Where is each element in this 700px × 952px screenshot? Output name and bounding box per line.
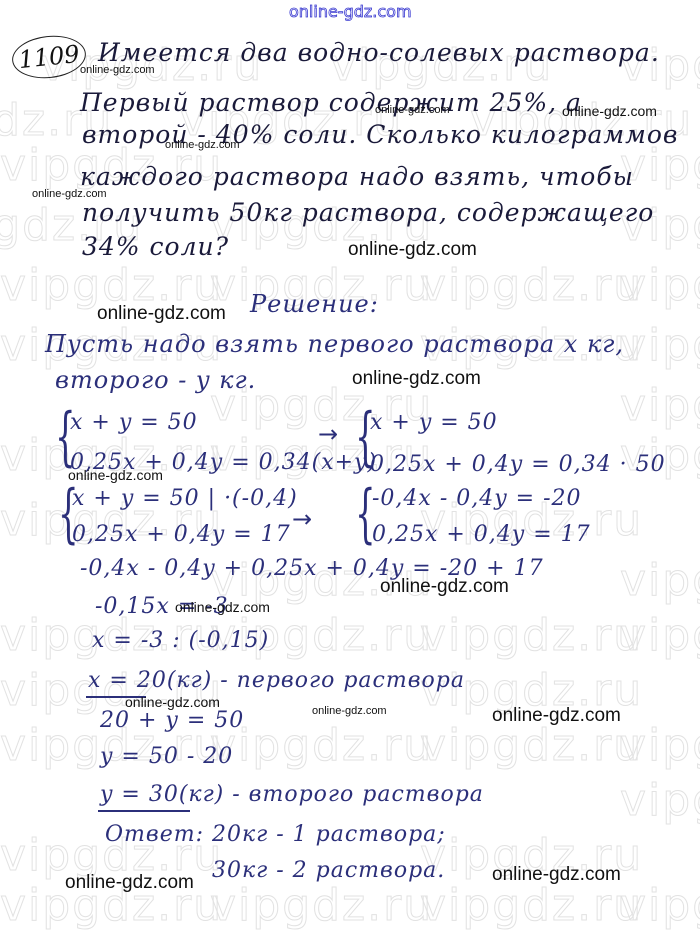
solution-step: x = 20(кг) - первого раствора bbox=[88, 668, 465, 693]
site-watermark: online-gdz.com bbox=[80, 64, 155, 76]
site-watermark: online-gdz.com bbox=[97, 303, 226, 325]
equation: x + y = 50 | ·(-0,4) bbox=[72, 486, 298, 511]
equation: 0,25x + 0,4y = 0,34 · 50 bbox=[370, 452, 666, 477]
problem-number: 1109 bbox=[10, 32, 88, 82]
bg-watermark: vipgdz.ru bbox=[420, 880, 643, 931]
solution-intro-line: Пусть надо взять первого раствора x кг, bbox=[45, 330, 624, 358]
problem-line: Имеется два водно-солевых раствора. bbox=[98, 38, 660, 67]
bg-watermark: vipgdz.ru bbox=[420, 720, 643, 771]
site-watermark: online-gdz.com bbox=[352, 368, 481, 390]
bg-watermark: vipgdz.ru bbox=[620, 880, 700, 931]
site-watermark: online-gdz.com bbox=[380, 576, 509, 598]
arrow-right-icon: → bbox=[292, 505, 312, 533]
problem-line: Первый раствор содержит 25%, а bbox=[80, 88, 582, 117]
site-watermark: online-gdz.com bbox=[348, 239, 477, 261]
solution-step: 20 + y = 50 bbox=[100, 708, 244, 733]
problem-line: каждого раствора надо взять, чтобы bbox=[80, 162, 634, 191]
bg-watermark: vipgdz.ru bbox=[620, 555, 700, 606]
site-watermark: online-gdz.com bbox=[165, 139, 240, 151]
site-watermark: online-gdz.com bbox=[125, 694, 220, 710]
bg-watermark: vipgdz.ru bbox=[620, 320, 700, 371]
equation: 0,25x + 0,4y = 17 bbox=[72, 522, 291, 547]
bg-watermark: vipgdz.ru bbox=[210, 880, 433, 931]
site-watermark: online-gdz.com bbox=[492, 864, 621, 886]
bg-watermark: vipgdz.ru bbox=[620, 720, 700, 771]
site-watermark: online-gdz.com bbox=[68, 467, 163, 483]
site-watermark: online-gdz.com bbox=[32, 188, 107, 200]
top-watermark: online-gdz.com bbox=[289, 2, 412, 21]
bg-watermark: vipgdz.ru bbox=[620, 380, 700, 431]
bg-watermark: vipgdz.ru bbox=[420, 610, 643, 661]
site-watermark: online-gdz.com bbox=[562, 103, 657, 119]
equation: -0,4x - 0,4y = -20 bbox=[372, 486, 582, 511]
problem-line: 34% соли? bbox=[82, 232, 229, 261]
site-watermark: online-gdz.com bbox=[492, 705, 621, 727]
bg-watermark: vipgdz.ru bbox=[420, 260, 643, 311]
answer-underline bbox=[98, 810, 190, 812]
arrow-right-icon: → bbox=[318, 420, 338, 448]
equation: 0,25x + 0,4y = 17 bbox=[372, 522, 591, 547]
solution-step: y = 30(кг) - второго раствора bbox=[100, 782, 484, 807]
problem-line: получить 50кг раствора, содержащего bbox=[82, 198, 654, 227]
site-watermark: online-gdz.com bbox=[312, 705, 387, 717]
bg-watermark: vipgdz.ru bbox=[620, 610, 700, 661]
answer-line: Ответ: 20кг - 1 раствора; bbox=[105, 822, 446, 847]
bg-watermark: vipgdz.ru bbox=[620, 775, 700, 826]
equation: x + y = 50 bbox=[70, 410, 198, 435]
bg-watermark: vipgdz.ru bbox=[620, 260, 700, 311]
site-watermark: online-gdz.com bbox=[65, 872, 194, 894]
solution-step: x = -3 : (-0,15) bbox=[92, 628, 269, 653]
solution-heading: Решение: bbox=[250, 290, 379, 318]
site-watermark: online-gdz.com bbox=[375, 104, 450, 116]
solution-step: y = 50 - 20 bbox=[100, 744, 233, 769]
site-watermark: online-gdz.com bbox=[175, 599, 270, 615]
solution-intro-line: второго - y кг. bbox=[55, 366, 256, 394]
equation: x + y = 50 bbox=[370, 410, 498, 435]
answer-line: 30кг - 2 раствора. bbox=[212, 858, 445, 883]
